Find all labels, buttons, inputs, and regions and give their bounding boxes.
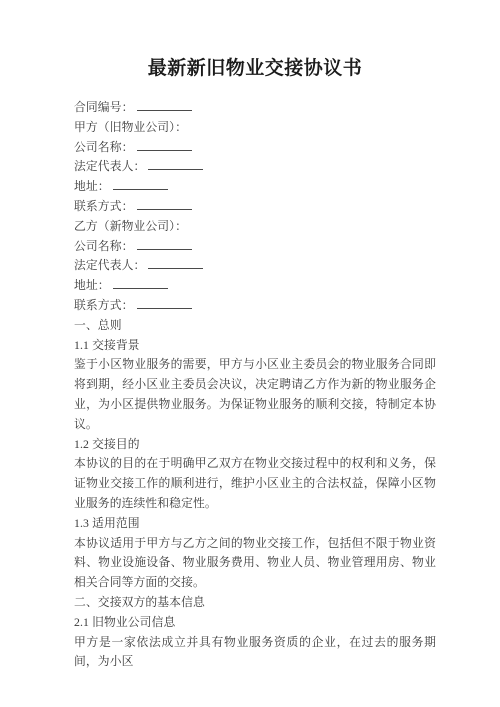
body-paragraph: 本协议的目的在于明确甲乙双方在物业交接过程中的权利和义务，保证物业交接工作的顺利…	[74, 454, 436, 513]
field-label: 乙方（新物业公司）：	[74, 219, 187, 233]
party-b-heading: 乙方（新物业公司）：	[74, 217, 436, 237]
party-info-section: 合同编号：甲方（旧物业公司）：公司名称：法定代表人：地址：联系方式：乙方（新物业…	[74, 98, 436, 316]
agreement-body-section: 一、总则1.1 交接背景鉴于小区物业服务的需要，甲方与小区业主委员会的物业服务合…	[74, 316, 436, 672]
blank-underline	[137, 139, 192, 151]
party-a-heading: 甲方（旧物业公司）：	[74, 118, 436, 138]
party-a-legal-representative-field: 法定代表人：	[74, 157, 436, 177]
body-paragraph: 本协议适用于甲方与乙方之间的物业交接工作，包括但不限于物业资料、物业设施设备、物…	[74, 534, 436, 593]
document-body: 合同编号：甲方（旧物业公司）：公司名称：法定代表人：地址：联系方式：乙方（新物业…	[74, 98, 436, 672]
section-heading: 1.3 适用范围	[74, 514, 436, 534]
party-a-address-field: 地址：	[74, 177, 436, 197]
field-label: 联系方式：	[74, 298, 134, 312]
field-label: 法定代表人：	[74, 159, 145, 173]
blank-underline	[137, 238, 192, 250]
document-title: 最新新旧物业交接协议书	[74, 56, 436, 82]
party-b-contact-field: 联系方式：	[74, 296, 436, 316]
section-heading: 二、交接双方的基本信息	[74, 593, 436, 613]
section-heading: 2.1 旧物业公司信息	[74, 613, 436, 633]
section-heading: 一、总则	[74, 316, 436, 336]
blank-underline	[113, 178, 168, 190]
field-label: 合同编号：	[74, 100, 134, 114]
blank-underline	[137, 198, 192, 210]
party-b-legal-representative-field: 法定代表人：	[74, 256, 436, 276]
contract-number-field: 合同编号：	[74, 98, 436, 118]
party-b-company-name-field: 公司名称：	[74, 237, 436, 257]
blank-underline	[148, 158, 203, 170]
document-viewport: { "document": { "title": "最新新旧物业交接协议书", …	[0, 0, 500, 707]
field-label: 地址：	[74, 278, 110, 292]
party-b-address-field: 地址：	[74, 276, 436, 296]
blank-underline	[137, 297, 192, 309]
document-page: 最新新旧物业交接协议书 合同编号：甲方（旧物业公司）：公司名称：法定代表人：地址…	[0, 0, 500, 707]
blank-underline	[148, 257, 203, 269]
field-label: 法定代表人：	[74, 258, 145, 272]
blank-underline	[137, 99, 192, 111]
blank-underline	[113, 277, 168, 289]
section-heading: 1.1 交接背景	[74, 336, 436, 356]
field-label: 地址：	[74, 179, 110, 193]
body-paragraph: 甲方是一家依法成立并具有物业服务资质的企业，在过去的服务期间，为小区	[74, 633, 436, 673]
party-a-company-name-field: 公司名称：	[74, 138, 436, 158]
field-label: 甲方（旧物业公司）：	[74, 120, 187, 134]
field-label: 联系方式：	[74, 199, 134, 213]
section-heading: 1.2 交接目的	[74, 435, 436, 455]
party-a-contact-field: 联系方式：	[74, 197, 436, 217]
body-paragraph: 鉴于小区物业服务的需要，甲方与小区业主委员会的物业服务合同即将到期，经小区业主委…	[74, 355, 436, 434]
field-label: 公司名称：	[74, 140, 134, 154]
field-label: 公司名称：	[74, 239, 134, 253]
